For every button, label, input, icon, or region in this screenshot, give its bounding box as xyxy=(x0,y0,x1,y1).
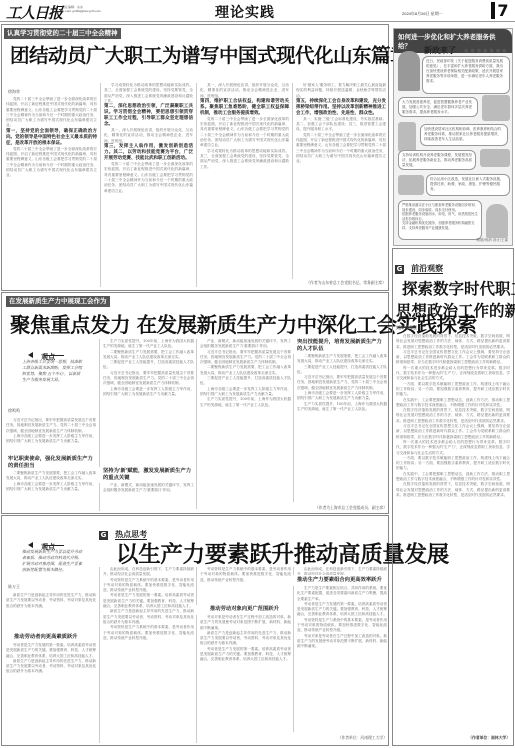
paragraph: 其一，深入开展理论宣讲，组织开展分众化、互动化、精准化的宣讲活动，推动全会精神进… xyxy=(200,83,289,99)
infographic-section-label: 新政来了 xyxy=(424,45,456,56)
article4-col4: 由此而形成，在科技创新引领下，生产力要素持续跃升，推动经济社会高质量发展。 xyxy=(293,567,387,575)
article2-col1-text2: 二要聚焦新质生产力发展需要，把工会工作融入改革发展大局，推动产业工人队伍建设改革… xyxy=(6,471,96,511)
subheading: 第一，坚持党的全面领导，确保正确政治方向。党的领导是中国特色社会主义最本质的特征… xyxy=(6,129,97,147)
paragraph: 在数字经济蓬勃发展的背景下，信息技术突破，数字空间拓展，网络社会发展对思想政治工… xyxy=(396,482,510,498)
g-logo-icon: G xyxy=(99,531,108,540)
article2-subhead-2: 牢记职责使命，强化发展新质生产力的责任担当 xyxy=(8,456,96,469)
paragraph: 学习成果转化为推动改革的思想动能和实际成效。其三，全面加强工会系统党的建设，坚持… xyxy=(104,83,193,104)
infographic-item: 依据养老服务设施用水、用电、用气、用热按居民生活类价格执行。 xyxy=(402,212,478,221)
paragraph: 一方面，要以数字技术赋能职工思想政治工作，构建线上线下融合的工作格局；另一方面，… xyxy=(396,382,510,398)
article4-col1-text2: 劳动者是生产力发展的第一要素。培养高素质劳动者是发展新质生产力的关键。要加强教育… xyxy=(6,643,96,743)
article1-tag: 认真学习贯彻党的二十届三中全会精神 xyxy=(4,28,121,39)
speaker-figure-icon xyxy=(398,51,420,91)
paragraph: 党的二十届三中全会擘画了进一步全面深化改革的宏伟蓝图，开启了新征程推进中国式现代… xyxy=(296,133,386,165)
paragraph: 上海市各级工会要进一步发挥工人阶级主力军作用，团结引领广大职工为发展新质生产力贡… xyxy=(200,387,291,398)
article3-headline-line2: 思想政治工作的新路径 xyxy=(396,299,515,321)
paragraph: 党的二十届三中全会擘画了进一步全面深化改革的宏伟蓝图，开启了新征程推进中国式现代… xyxy=(6,147,97,179)
paragraph: 学习成果转化为推动改革的思想动能和实际成效。其三，全面加强工会系统党的建设，坚持… xyxy=(200,149,289,170)
paragraph: 生产力实质性提升，100年前，上海作为我国大机器生产的发源地，诞生了第一代产业工… xyxy=(297,402,387,413)
article2-col2-text2: 产业、新模式、新动能加速发展的关键环节，发挥工会组织服务发展新质生产力'重要窗口… xyxy=(99,483,194,511)
infographic-item: 综合运用小区改造，发展社区嵌入式服务设施，提供托育、助餐、家政、康复、护理等便民… xyxy=(426,174,510,196)
paragraph: 习近平总书记指出，要牢牢把握高质量发展这个首要任务，因地制宜发展新质生产力。党的… xyxy=(297,375,387,391)
subheading: 第五，持续深化工会自身改革和建设，充分发挥桥梁纽带作用。坚持以改革创新精神推进工… xyxy=(296,99,386,117)
article2-tag: 在发展新质生产力中展现工会作为 xyxy=(6,296,110,307)
paragraph: 习近平总书记在全国宣传思想文化工作会议上强调，要坚持守正创新，以思想政治工作推进… xyxy=(396,424,510,440)
doctor-figure-icon xyxy=(486,204,508,238)
article2-col1-text: 习近平总书记指出，要牢牢把握高质量发展这个首要任务，因地制宜发展新质生产力。党的… xyxy=(6,418,96,452)
article4-col3: 劳动资料是生产力系统中的基本要素，是劳动者作用于劳动对象的物质载体。要加快推进数… xyxy=(196,567,291,605)
paragraph: 劳动资料是生产力系统中的基本要素，是劳动者作用于劳动对象的物质载体。要加快推进数… xyxy=(297,618,387,634)
paragraph: 三要促进产业工人技能提升，打造高素质技能人才队伍。 xyxy=(297,365,387,376)
paragraph: 二要聚焦新质生产力发展需要，把工会工作融入改革发展大局，推动产业工人队伍建设改革… xyxy=(6,471,96,482)
caregivers-figure-icon xyxy=(398,175,424,195)
article1-col1: 党的二十届三中全会擘画了进一步全面深化改革的宏伟蓝图，开启了新征程推进中国式现代… xyxy=(6,97,97,287)
infographic-panel: 如何进一步优化和扩大养老服务供给？ 新政来了 ●●●●●●● 近日，民政部印发《… xyxy=(393,28,513,246)
page-number: 7 xyxy=(491,2,511,19)
article2-byline: 徐鸣鸣 xyxy=(8,408,20,414)
article4-col2: 由此而形成，在科技创新引领下，生产力要素持续跃升，推动经济社会高质量发展。 劳动… xyxy=(99,567,194,743)
family-figure-icon xyxy=(482,95,510,121)
article4-subhead-3: 推动劳动对象向更广范围跃升 xyxy=(210,606,290,613)
article2-col2: 生产力实质性提升，100年前，上海作为我国大机器生产的发源地，诞生了第一代产业工… xyxy=(99,339,194,467)
article2-subhead-1: 突出技能提升，培育发展新质生产力的人才队伍 xyxy=(297,339,385,352)
paragraph: 在数字经济蓬勃发展的背景下，信息技术突破，数字空间拓展，网络社会发展对思想政治工… xyxy=(396,408,510,424)
paragraph: 劳动对象是劳动者在生产过程中加工改造的对象。新质生产力的发展使劳动对象范围不断扩… xyxy=(297,634,387,650)
editor-email: E-mail: grrbllsj@ww.grrb.com xyxy=(62,9,101,13)
article2-viewpoint: 上海各级工会要统一思想，找准职工群众新需求新期盼，发挥工会组织优势，聚焦'五个中… xyxy=(22,359,82,383)
paragraph: 劳动者是生产力发展的第一要素。培养高素质劳动者是发展新质生产力的关键。要加强教育… xyxy=(103,593,194,609)
paragraph: 新质生产力是创新起主导作用的先进生产力，推动新质生产力发展要以劳动者、劳动资料、… xyxy=(103,609,194,625)
article1-col3: 其一，深入开展理论宣讲，组织开展分众化、互动化、精准化的宣讲活动，推动全会精神进… xyxy=(196,83,289,287)
article4-viewpoint: 推动发展新质生产力要以提升劳动者素质、推动劳动资料迭代升级、扩展劳动对象范围、促… xyxy=(22,549,82,573)
article2-col3: 产业、新模式、新动能加速发展的关键环节，发挥工会组织服务发展新质生产力'重要窗口… xyxy=(196,339,291,509)
article2-credit: （作者为上海市总工会党组成员、副主席） xyxy=(293,505,387,511)
article1-col4: 好'娘家人'服务职工，着力解决职工最关心最直接最现实的利益问题，持续开展送温暖、… xyxy=(292,83,386,279)
paragraph: 二要聚焦新质生产力发展需要，把工会工作融入改革发展大局，推动产业工人队伍建设改革… xyxy=(103,350,194,361)
subheading: 第三，发挥主人翁作用，激发创新创造活力。其二，以劳动和技能竞赛为平台，广泛开展劳… xyxy=(104,144,193,162)
paragraph: 习近平总书记指出，要牢牢把握高质量发展这个首要任务，因地制宜发展新质生产力。党的… xyxy=(103,371,194,387)
issue-date: 2024年8月26日 星期一 xyxy=(402,11,443,17)
infographic-intro: 近日，民政部印发《关于促进服务消费高质量发展的意见》，在丰富和扩大养老服务供给方… xyxy=(422,56,510,94)
paragraph: 习近平总书记指出，要牢牢把握高质量发展这个首要任务，因地制宜发展新质生产力。党的… xyxy=(200,350,291,366)
subheading: 第四，维护职工合法权益，构建和谐劳动关系。聚焦职工急难愁盼，健全职工权益保障机制… xyxy=(200,99,289,117)
newspaper-logo: 工人日报 xyxy=(6,2,62,23)
subheading: 第二，深化思想政治引领，广泛凝聚职工共识。学习贯彻全会精神，要把思想引领贯穿职工… xyxy=(104,104,193,128)
article4-subhead-4: 推动生产力要素组合向更高效率跃升 xyxy=(297,577,387,584)
paragraph: 上海市各级工会要进一步发挥工人阶级主力军作用，团结引领广大职工为发展新质生产力贡… xyxy=(6,434,96,445)
editor-info: 责任编辑：冰冰 E-mail: grrbllsj@ww.grrb.com xyxy=(62,5,101,13)
paragraph: 由此而形成，在科技创新引领下，生产力要素持续跃升，推动经济社会高质量发展。 xyxy=(297,567,387,575)
article4-byline: 陈万王 xyxy=(8,584,20,590)
section-title: 理论实践 xyxy=(215,2,275,22)
paragraph: 其一，深入开展理论宣讲，组织开展分众化、互动化、精准化的宣讲活动，推动全会精神进… xyxy=(104,128,193,144)
paragraph: 新质生产力是创新起主导作用的先进生产力，推动新质生产力发展要以劳动者、劳动资料、… xyxy=(6,659,96,675)
paragraph: 三要促进产业工人技能提升，打造高素质技能人才队伍。 xyxy=(200,376,291,387)
paragraph: 上海市各级工会要进一步发挥工人阶级主力军作用，团结引领广大职工为发展新质生产力贡… xyxy=(103,387,194,398)
paragraph: 劳动资料是生产力系统中的基本要素，是劳动者作用于劳动对象的物质载体。要加快推进数… xyxy=(200,567,291,583)
paragraph: 好'娘家人'服务职工，着力解决职工最关心最直接最现实的利益问题，持续开展送温暖、… xyxy=(296,83,386,99)
paragraph: 党的二十届三中全会擘画了进一步全面深化改革的宏伟蓝图，开启了新征程推进中国式现代… xyxy=(6,97,97,129)
infographic-item: 支持培训机构开设养老服务课程，发展银发经济，拓展养老服务新业态，推动养老服务高质… xyxy=(398,150,476,170)
article3-credit: （作者单位：南林大学） xyxy=(396,735,510,741)
paragraph: 劳动对象是劳动者在生产过程中加工改造的对象。新质生产力的发展使劳动对象范围不断扩… xyxy=(200,615,291,631)
article1-col2: 学习成果转化为推动改革的思想动能和实际成效。其三，全面加强工会系统党的建设，坚持… xyxy=(100,83,193,287)
paragraph: 其一，实施'三级'工会标准化建设，夯实基层基础；其二，加强工会干部队伍建设；其三… xyxy=(296,117,386,133)
article4-subhead-1: 推动劳动者向更高素质跃升 xyxy=(14,634,98,641)
paragraph: 党的二十届三中全会擘画了进一步全面深化改革的宏伟蓝图，开启了新征程推进中国式现代… xyxy=(200,117,289,149)
article3-body: 在数字经济蓬勃发展的背景下，信息技术突破，数字空间拓展，网络社会发展对思想政治工… xyxy=(396,334,510,730)
paragraph: 新质生产力是创新起主导作用的先进生产力，推动新质生产力发展要以劳动者、劳动资料、… xyxy=(200,631,291,647)
paragraph: 产业、新模式、新动能加速发展的关键环节，发挥工会组织服务发展新质生产力'重要窗口… xyxy=(200,339,291,350)
infographic-item: 大力发展普惠养老，促进智慧健康养老产业发展，加强公共安全，满足老年群体多层次养老… xyxy=(398,97,478,117)
paragraph: 习近平总书记指出，要牢牢把握高质量发展这个首要任务，因地制宜发展新质生产力。党的… xyxy=(6,418,96,434)
infographic-credit: 制图/何润 设计/王睿 xyxy=(477,238,508,243)
paragraph: 二要聚焦新质生产力发展需要，把工会工作融入改革发展大局，推动产业工人队伍建设改革… xyxy=(200,365,291,376)
paragraph: 上海市各级工会要进一步发挥工人阶级主力军作用，团结引领广大职工为发展新质生产力贡… xyxy=(297,391,387,402)
paragraph: 劳动者是生产力发展的第一要素。培养高素质劳动者是发展新质生产力的关键。要加强教育… xyxy=(6,643,96,659)
article2-subhead-3: 坚持为'新'赋能，激发发展新质生产力的重点关键 xyxy=(103,468,193,481)
paragraph: 在实践中，工会要把握职工思想动态，创新工作方法，推动职工思想政治工作与数字技术深… xyxy=(396,398,510,409)
paragraph: 三要促进产业工人技能提升，打造高素质技能人才队伍。 xyxy=(103,360,194,371)
paragraph: 劳动者是生产力发展的第一要素。培养高素质劳动者是发展新质生产力的关键。要加强教育… xyxy=(200,647,291,663)
g-logo-icon: G xyxy=(395,265,404,274)
paragraph: 每一次重大的技术进步都会给人们的思想行为带来变革。数字时代，数字技术作为一种强大… xyxy=(396,366,510,382)
paragraph: 由此而形成，在科技创新引领下，生产力要素持续跃升，推动经济社会高质量发展。 xyxy=(103,567,194,578)
article4-credit: （作者单位：河南理工大学） xyxy=(293,735,387,741)
paragraph: 劳动资料是生产力系统中的基本要素，是劳动者作用于劳动对象的物质载体。要加快推进数… xyxy=(103,578,194,594)
article3-byline: 刘洋 余华江 xyxy=(396,325,417,331)
article1-credit: （作者为山东省总工会党组书记、常务副主席） xyxy=(292,280,386,286)
infographic-item: 加快建设居家社区机构相协调、医养康养相结合的养老服务体系，推动居家社区养老服务提… xyxy=(420,124,508,146)
paragraph: 生产力是生产要素相互结合、共同作用的系统。要优化生产要素配置，促进各类要素向新质… xyxy=(297,586,387,602)
paragraph: 二要聚焦新质生产力发展需要，把工会工作融入改革发展大局，推动产业工人队伍建设改革… xyxy=(297,354,387,365)
paragraph: 党的二十届三中全会擘画了进一步全面深化改革的宏伟蓝图，开启了新征程推进中国式现代… xyxy=(104,162,193,194)
infographic-items-group: 严格推动落实在小区与配套养老服务设施同步规划、同步建设、同步验收、同步交付使用。… xyxy=(398,200,482,240)
article3-column-label: G 前沿观察 xyxy=(395,256,443,275)
infographic-item: 严格推动落实在小区与配套养老服务设施同步规划、同步建设、同步验收、同步交付使用。 xyxy=(402,203,478,212)
paragraph: 劳动资料是生产力系统中的基本要素，是劳动者作用于劳动对象的物质载体。要加快推进数… xyxy=(103,625,194,641)
paragraph: 劳动者是生产力发展的第一要素。培养高素质劳动者是发展新质生产力的关键。要加强教育… xyxy=(297,602,387,618)
article1-byline: 徐海荣 xyxy=(8,89,20,95)
article4-col1-text: 新质生产力是创新起主导作用的先进生产力，推动新质生产力发展要以劳动者、劳动资料、… xyxy=(6,593,96,627)
paragraph: 产业、新模式、新动能加速发展的关键环节，发挥工会组织服务发展新质生产力'重要窗口… xyxy=(103,483,194,494)
paragraph: 一方面，要以数字技术赋能职工思想政治工作，构建线上线下融合的工作格局；另一方面，… xyxy=(396,456,510,472)
article2-col4: 二要聚焦新质生产力发展需要，把工会工作融入改革发展大局，推动产业工人队伍建设改革… xyxy=(293,354,387,502)
speaker-icon xyxy=(28,352,33,358)
paragraph: 上海市各级工会要进一步发挥工人阶级主力军作用，团结引领广大职工为发展新质生产力贡… xyxy=(6,482,96,493)
building-figure-icon xyxy=(480,149,510,167)
paragraph: 生产力实质性提升，100年前，上海作为我国大机器生产的发源地，诞生了第一代产业工… xyxy=(103,339,194,350)
column-label: 前沿观察 xyxy=(411,264,443,274)
divider xyxy=(44,545,64,546)
paragraph: 习近平总书记在全国宣传思想文化工作会议上强调，要坚持守正创新，以思想政治工作推进… xyxy=(396,350,510,366)
paragraph: 每一次重大的技术进步都会给人们的思想行为带来变革。数字时代，数字技术作为一种强大… xyxy=(396,440,510,456)
dots-decoration: ●●●●●●● xyxy=(464,48,509,54)
elderly-figure-icon xyxy=(398,122,416,152)
paragraph: 新质生产力是创新起主导作用的先进生产力，推动新质生产力发展要以劳动者、劳动资料、… xyxy=(6,593,96,609)
infographic-item: 支持金融机构优化服务，加强养老服务机构融资支持，支持养老服务产业健康发展。 xyxy=(402,221,478,230)
article3-headline-line1: 探索数字时代职工 xyxy=(402,277,515,299)
speaker-icon xyxy=(28,542,33,548)
article4-col3-text2: 劳动对象是劳动者在生产过程中加工改造的对象。新质生产力的发展使劳动对象范围不断扩… xyxy=(196,615,291,743)
article4-col4-text2: 生产力是生产要素相互结合、共同作用的系统。要优化生产要素配置，促进各类要素向新质… xyxy=(293,586,387,732)
paragraph: 生产力实质性提升，100年前，上海作为我国大机器生产的发源地，诞生了第一代产业工… xyxy=(200,397,291,408)
divider xyxy=(44,355,64,356)
paragraph: 在实践中，工会要把握职工思想动态，创新工作方法，推动职工思想政治工作与数字技术深… xyxy=(396,472,510,483)
paragraph: 在数字经济蓬勃发展的背景下，信息技术突破，数字空间拓展，网络社会发展对思想政治工… xyxy=(396,334,510,350)
